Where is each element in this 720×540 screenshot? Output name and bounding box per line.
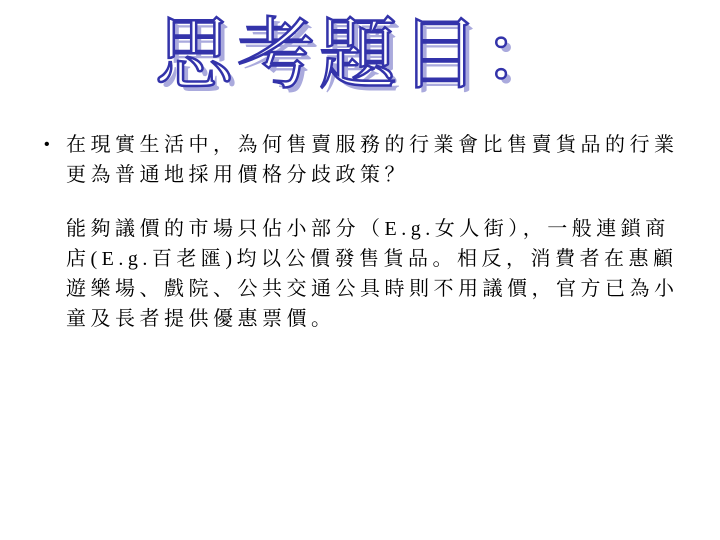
slide-body: • 在現實生活中，為何售賣服務的行業會比售賣貨品的行業 更為普通地採用價格分歧政… <box>44 130 680 334</box>
bullet-item: • 在現實生活中，為何售賣服務的行業會比售賣貨品的行業 更為普通地採用價格分歧政… <box>44 130 680 334</box>
question-paragraph: 在現實生活中，為何售賣服務的行業會比售賣貨品的行業 更為普通地採用價格分歧政策？ <box>66 130 680 190</box>
answer-paragraph: 能夠議價的市場只佔小部分（E.g.女人街），一般連鎖商 店(E.g.百老匯)均以… <box>66 214 680 334</box>
slide-title: 思考題目： <box>0 6 720 104</box>
bullet-marker-icon: • <box>44 130 66 160</box>
bullet-text-block: 在現實生活中，為何售賣服務的行業會比售賣貨品的行業 更為普通地採用價格分歧政策？… <box>66 130 680 334</box>
presentation-slide: 思考題目： • 在現實生活中，為何售賣服務的行業會比售賣貨品的行業 更為普通地採… <box>0 0 720 540</box>
